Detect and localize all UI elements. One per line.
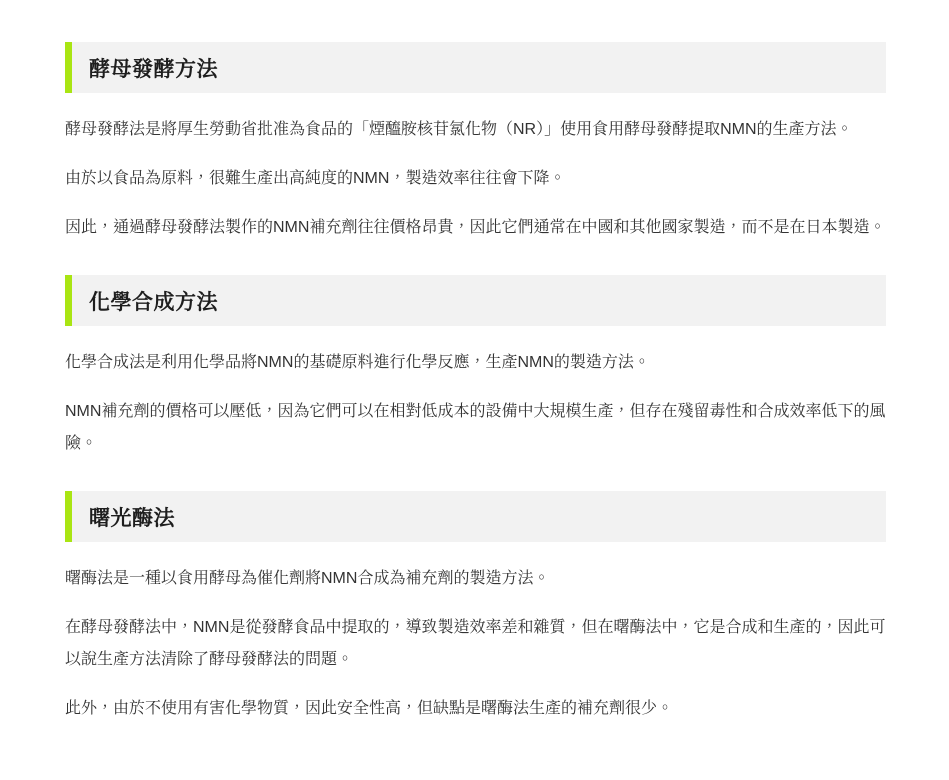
section-chemical-synthesis: 化學合成方法 化學合成法是利用化學品將NMN的基礎原料進行化學反應，生產NMN的…	[65, 275, 886, 460]
section-title: 曙光酶法	[65, 491, 886, 542]
page: 酵母發酵方法 酵母發酵法是將厚生勞動省批准為食品的「煙醯胺核苷氯化物（NR）」使…	[0, 0, 949, 780]
paragraph: NMN補充劑的價格可以壓低，因為它們可以在相對低成本的設備中大規模生產，但存在殘…	[65, 396, 886, 460]
section-yeast-fermentation: 酵母發酵方法 酵母發酵法是將厚生勞動省批准為食品的「煙醯胺核苷氯化物（NR）」使…	[65, 42, 886, 244]
paragraph: 曙酶法是一種以食用酵母為催化劑將NMN合成為補充劑的製造方法。	[65, 563, 886, 595]
paragraph: 此外，由於不使用有害化學物質，因此安全性高，但缺點是曙酶法生產的補充劑很少。	[65, 693, 886, 725]
paragraph: 由於以食品為原料，很難生產出高純度的NMN，製造效率往往會下降。	[65, 163, 886, 195]
paragraph: 在酵母發酵法中，NMN是從發酵食品中提取的，導致製造效率差和雜質，但在曙酶法中，…	[65, 612, 886, 676]
paragraph: 因此，通過酵母發酵法製作的NMN補充劑往往價格昂貴，因此它們通常在中國和其他國家…	[65, 212, 886, 244]
section-title: 酵母發酵方法	[65, 42, 886, 93]
paragraph: 化學合成法是利用化學品將NMN的基礎原料進行化學反應，生產NMN的製造方法。	[65, 347, 886, 379]
paragraph: 酵母發酵法是將厚生勞動省批准為食品的「煙醯胺核苷氯化物（NR）」使用食用酵母發酵…	[65, 114, 886, 146]
section-title: 化學合成方法	[65, 275, 886, 326]
section-shugo-enzyme: 曙光酶法 曙酶法是一種以食用酵母為催化劑將NMN合成為補充劑的製造方法。 在酵母…	[65, 491, 886, 725]
article-body: 酵母發酵方法 酵母發酵法是將厚生勞動省批准為食品的「煙醯胺核苷氯化物（NR）」使…	[65, 0, 886, 725]
